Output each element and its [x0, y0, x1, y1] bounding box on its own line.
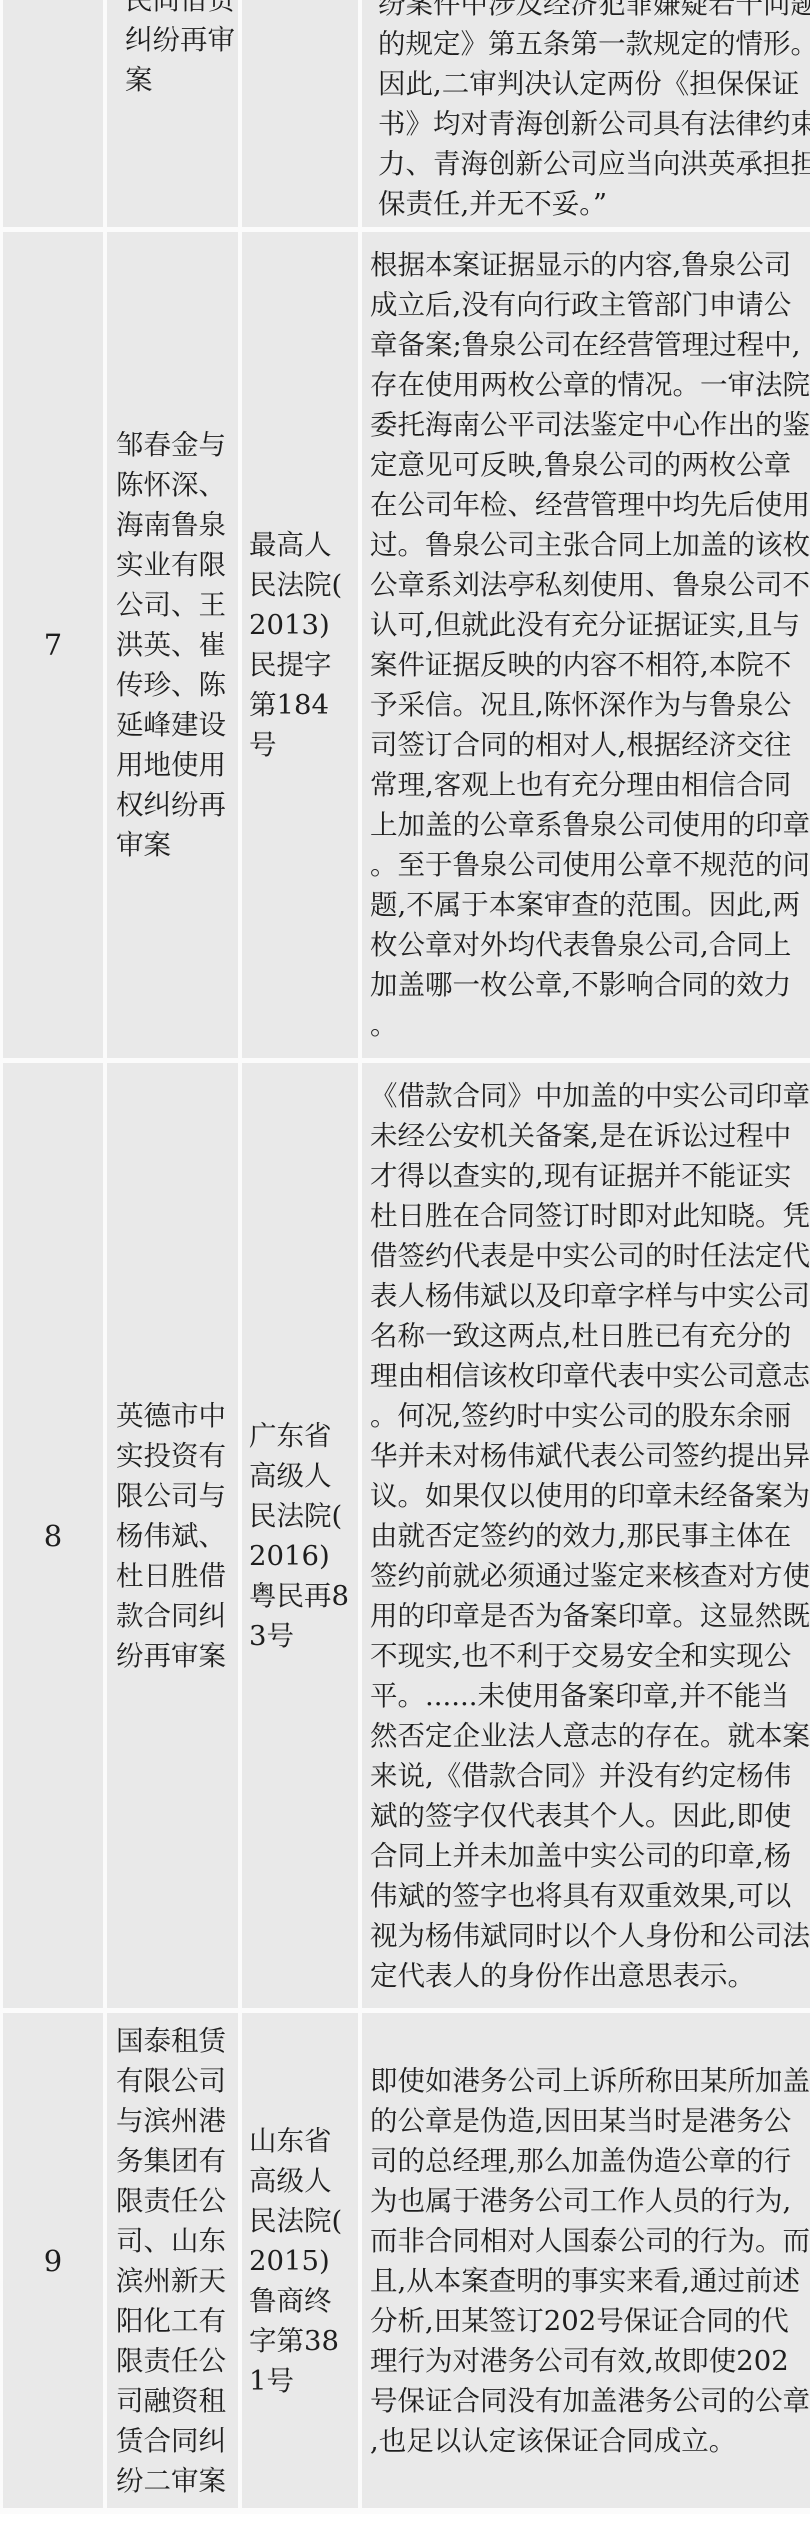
court-case-number-cell — [242, 0, 358, 227]
holding-text-cell: 纷案件中涉及经济犯罪嫌疑若干问题的规定》第五条第一款规定的情形。因此,二审判决认… — [362, 0, 810, 227]
case-name-cell: 国泰租赁有限公司与滨州港务集团有限责任公司、山东滨州新天阳化工有限责任公司融资租… — [107, 2013, 238, 2508]
holding-text: 《借款合同》中加盖的中实公司印章未经公安机关备案,是在诉讼过程中才得以查实的,现… — [370, 1076, 810, 1996]
holding-text: 根据本案证据显示的内容,鲁泉公司成立后,没有向行政主管部门申请公章备案;鲁泉公司… — [370, 245, 810, 1045]
case-name-cell: 英德市中实投资有限公司与杨伟斌、杜日胜借款合同纠纷再审案 — [107, 1063, 238, 2008]
case-index-cell — [3, 0, 103, 227]
court-case-number-cell: 广东省高级人民法院(2016)粤民再83号 — [242, 1063, 358, 2008]
case-index: 7 — [44, 628, 62, 662]
holding-text-cell: 即使如港务公司上诉所称田某所加盖的公章是伪造,因田某当时是港务公司的总经理,那么… — [362, 2013, 810, 2508]
holding-text-cell: 根据本案证据显示的内容,鲁泉公司成立后,没有向行政主管部门申请公章备案;鲁泉公司… — [362, 232, 810, 1058]
court-case-number-cell: 最高人民法院(2013)民提字第184号 — [242, 232, 358, 1058]
court-case-number: 山东省高级人民法院(2015)鲁商终字第381号 — [249, 2121, 350, 2401]
case-index-cell: 7 — [3, 232, 103, 1058]
legal-cases-table: 民间借贷纠纷再审案 纷案件中涉及经济犯罪嫌疑若干问题的规定》第五条第一款规定的情… — [0, 0, 810, 2514]
case-index-cell: 9 — [3, 2013, 103, 2508]
holding-text: 即使如港务公司上诉所称田某所加盖的公章是伪造,因田某当时是港务公司的总经理,那么… — [370, 2061, 810, 2461]
case-index: 9 — [44, 2244, 62, 2278]
holding-text: 纷案件中涉及经济犯罪嫌疑若干问题的规定》第五条第一款规定的情形。因此,二审判决认… — [378, 0, 810, 224]
court-case-number: 广东省高级人民法院(2016)粤民再83号 — [249, 1416, 350, 1656]
case-name: 国泰租赁有限公司与滨州港务集团有限责任公司、山东滨州新天阳化工有限责任公司融资租… — [116, 2021, 234, 2501]
court-case-number: 最高人民法院(2013)民提字第184号 — [249, 525, 350, 765]
case-name-cell: 邹春金与陈怀深、海南鲁泉实业有限公司、王洪英、崔传珍、陈延峰建设用地使用权纠纷再… — [107, 232, 238, 1058]
case-index: 8 — [44, 1519, 62, 1553]
case-name: 英德市中实投资有限公司与杨伟斌、杜日胜借款合同纠纷再审案 — [116, 1396, 234, 1676]
court-case-number-cell: 山东省高级人民法院(2015)鲁商终字第381号 — [242, 2013, 358, 2508]
case-name: 民间借贷纠纷再审案 — [125, 0, 238, 100]
holding-text-cell: 《借款合同》中加盖的中实公司印章未经公安机关备案,是在诉讼过程中才得以查实的,现… — [362, 1063, 810, 2008]
case-index-cell: 8 — [3, 1063, 103, 2008]
case-name: 邹春金与陈怀深、海南鲁泉实业有限公司、王洪英、崔传珍、陈延峰建设用地使用权纠纷再… — [116, 425, 234, 865]
case-name-cell: 民间借贷纠纷再审案 — [107, 0, 238, 227]
